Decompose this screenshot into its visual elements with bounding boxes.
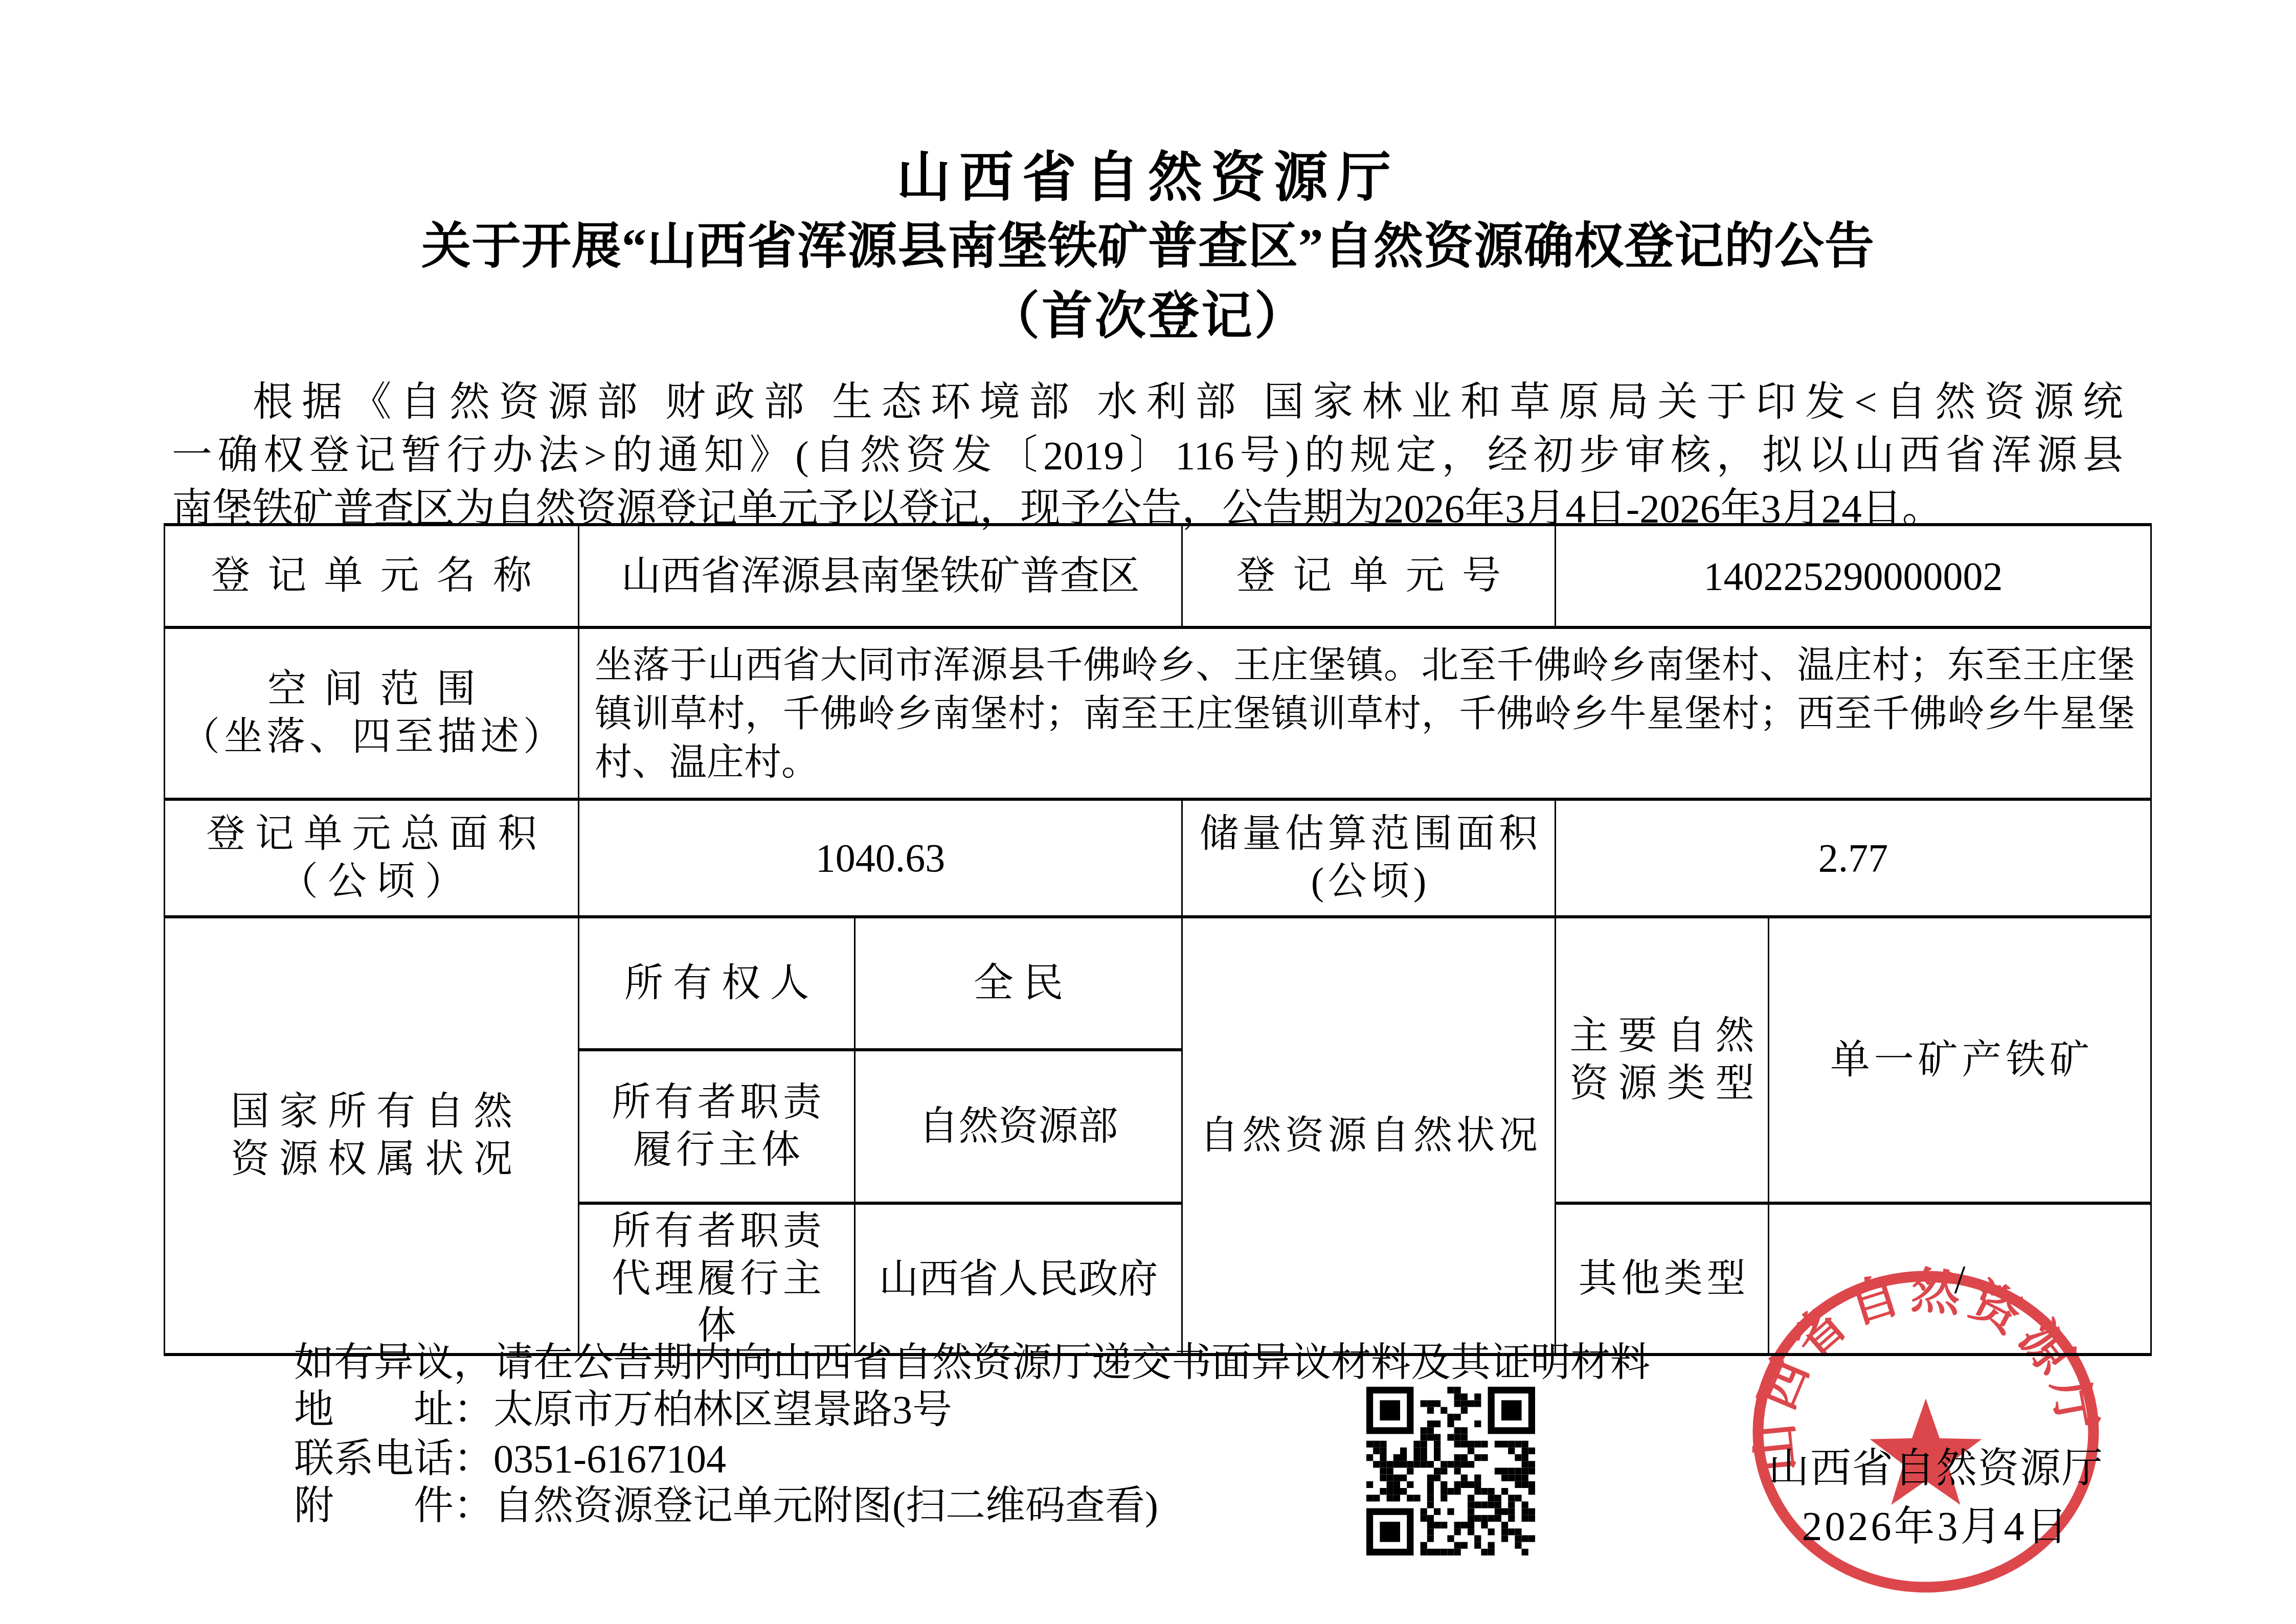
qr-code-canvas bbox=[1366, 1387, 1535, 1555]
area-label-line2: （公顷） bbox=[176, 858, 576, 906]
other-type-label: 其他类型 bbox=[1579, 1257, 1749, 1300]
owner-label: 所有权人 bbox=[624, 962, 819, 1005]
attachment-line: 附 件：自然资源登记单元附图(扫二维码查看) bbox=[294, 1474, 1158, 1531]
unit-name-value-cell: 山西省浑源县南堡铁矿普查区 bbox=[579, 525, 1182, 627]
reserve-label-line2: (公顷) bbox=[1194, 858, 1547, 906]
duty-label-line1: 所有者职责 bbox=[591, 1079, 847, 1126]
subtitle-first-registration: （首次登记） bbox=[0, 275, 2296, 348]
main-type-value-cell: 单一矿产铁矿 bbox=[1769, 917, 2151, 1203]
table-row: 登记单元总面积 （公顷） 1040.63 储量估算范围面积 (公顷) 2.77 bbox=[165, 799, 2151, 917]
natural-status-label: 自然资源自然状况 bbox=[1200, 1114, 1542, 1157]
ownership-label-line1: 国家所有自然 bbox=[176, 1088, 576, 1136]
reserve-value: 2.77 bbox=[1818, 836, 1888, 880]
intro-paragraph-line: 一确权登记暂行办法>的通知》(自然资发〔2019〕116号)的规定，经初步审核，… bbox=[172, 430, 2123, 483]
agent-label-cell: 所有者职责 代理履行主体 bbox=[579, 1203, 855, 1355]
page: 山西省自然资源厅 关于开展“山西省浑源县南堡铁矿普查区”自然资源确权登记的公告 … bbox=[0, 0, 2296, 1624]
page-title: 山西省自然资源厅 bbox=[0, 134, 2296, 212]
spatial-value: 坐落于山西省大同市浑源县千佛岭乡、王庄堡镇。北至千佛岭乡南堡村、温庄村；东至王庄… bbox=[595, 644, 2135, 783]
spatial-value-cell: 坐落于山西省大同市浑源县千佛岭乡、王庄堡镇。北至千佛岭乡南堡村、温庄村；东至王庄… bbox=[579, 627, 2151, 799]
owner-value: 全民 bbox=[974, 961, 1073, 1005]
spatial-label-line2: （坐落、四至描述） bbox=[176, 713, 571, 761]
unit-name-label: 登记单元名称 bbox=[211, 554, 549, 597]
main-type-label-line2: 资源类型 bbox=[1567, 1060, 1766, 1108]
intro-paragraph-line: 根据《自然资源部 财政部 生态环境部 水利部 国家林业和草原局关于印发<自然资源… bbox=[172, 376, 2123, 430]
spatial-label-cell: 空间范围 （坐落、四至描述） bbox=[165, 627, 579, 799]
registration-table: 登记单元名称 山西省浑源县南堡铁矿普查区 登记单元号 1402252900000… bbox=[164, 523, 2152, 1356]
other-type-label-cell: 其他类型 bbox=[1556, 1203, 1769, 1355]
intro-paragraph: 根据《自然资源部 财政部 生态环境部 水利部 国家林业和草原局关于印发<自然资源… bbox=[172, 376, 2123, 536]
duty-value-cell: 自然资源部 bbox=[855, 1050, 1182, 1203]
area-label-cell: 登记单元总面积 （公顷） bbox=[165, 799, 579, 917]
main-type-label-line1: 主要自然 bbox=[1567, 1012, 1766, 1060]
qr-code bbox=[1366, 1387, 1535, 1555]
owner-label-cell: 所有权人 bbox=[579, 917, 855, 1050]
unit-no-value-cell: 140225290000002 bbox=[1556, 525, 2151, 627]
agent-value: 山西省人民政府 bbox=[879, 1257, 1158, 1301]
reserve-value-cell: 2.77 bbox=[1556, 799, 2151, 917]
unit-name-label-cell: 登记单元名称 bbox=[165, 525, 579, 627]
agent-label-line2: 代理履行主体 bbox=[591, 1255, 847, 1350]
duty-value: 自然资源部 bbox=[919, 1104, 1118, 1148]
table-row: 登记单元名称 山西省浑源县南堡铁矿普查区 登记单元号 1402252900000… bbox=[165, 525, 2151, 627]
ownership-label-line2: 资源权属状况 bbox=[176, 1136, 576, 1183]
unit-no-label-cell: 登记单元号 bbox=[1182, 525, 1556, 627]
spatial-label-line1: 空间范围 bbox=[176, 666, 579, 713]
main-type-value: 单一矿产铁矿 bbox=[1830, 1037, 2094, 1082]
natural-status-label-cell: 自然资源自然状况 bbox=[1182, 917, 1556, 1355]
area-label-line1: 登记单元总面积 bbox=[176, 810, 576, 858]
unit-no-value: 140225290000002 bbox=[1704, 554, 2003, 598]
area-value-cell: 1040.63 bbox=[579, 799, 1182, 917]
duty-label-cell: 所有者职责 履行主体 bbox=[579, 1050, 855, 1203]
agent-label-line1: 所有者职责 bbox=[591, 1208, 847, 1255]
agent-value-cell: 山西省人民政府 bbox=[855, 1203, 1182, 1355]
table-row: 空间范围 （坐落、四至描述） 坐落于山西省大同市浑源县千佛岭乡、王庄堡镇。北至千… bbox=[165, 627, 2151, 799]
issuer-signature: 山西省自然资源厅 bbox=[1757, 1435, 2115, 1494]
reserve-label-line1: 储量估算范围面积 bbox=[1194, 810, 1547, 858]
unit-no-label: 登记单元号 bbox=[1236, 554, 1518, 597]
area-value: 1040.63 bbox=[816, 836, 946, 880]
reserve-label-cell: 储量估算范围面积 (公顷) bbox=[1182, 799, 1556, 917]
duty-label-line2: 履行主体 bbox=[591, 1126, 847, 1174]
issue-date: 2026年3月4日 bbox=[1767, 1493, 2105, 1552]
unit-name-value: 山西省浑源县南堡铁矿普查区 bbox=[621, 554, 1140, 598]
table-row: 国家所有自然 资源权属状况 所有权人 全民 自然资源自然状况 主要自然 资源类型… bbox=[165, 917, 2151, 1050]
announcement-title: 关于开展“山西省浑源县南堡铁矿普查区”自然资源确权登记的公告 bbox=[0, 206, 2296, 277]
owner-value-cell: 全民 bbox=[855, 917, 1182, 1050]
ownership-label-cell: 国家所有自然 资源权属状况 bbox=[165, 917, 579, 1355]
main-type-label-cell: 主要自然 资源类型 bbox=[1556, 917, 1769, 1203]
